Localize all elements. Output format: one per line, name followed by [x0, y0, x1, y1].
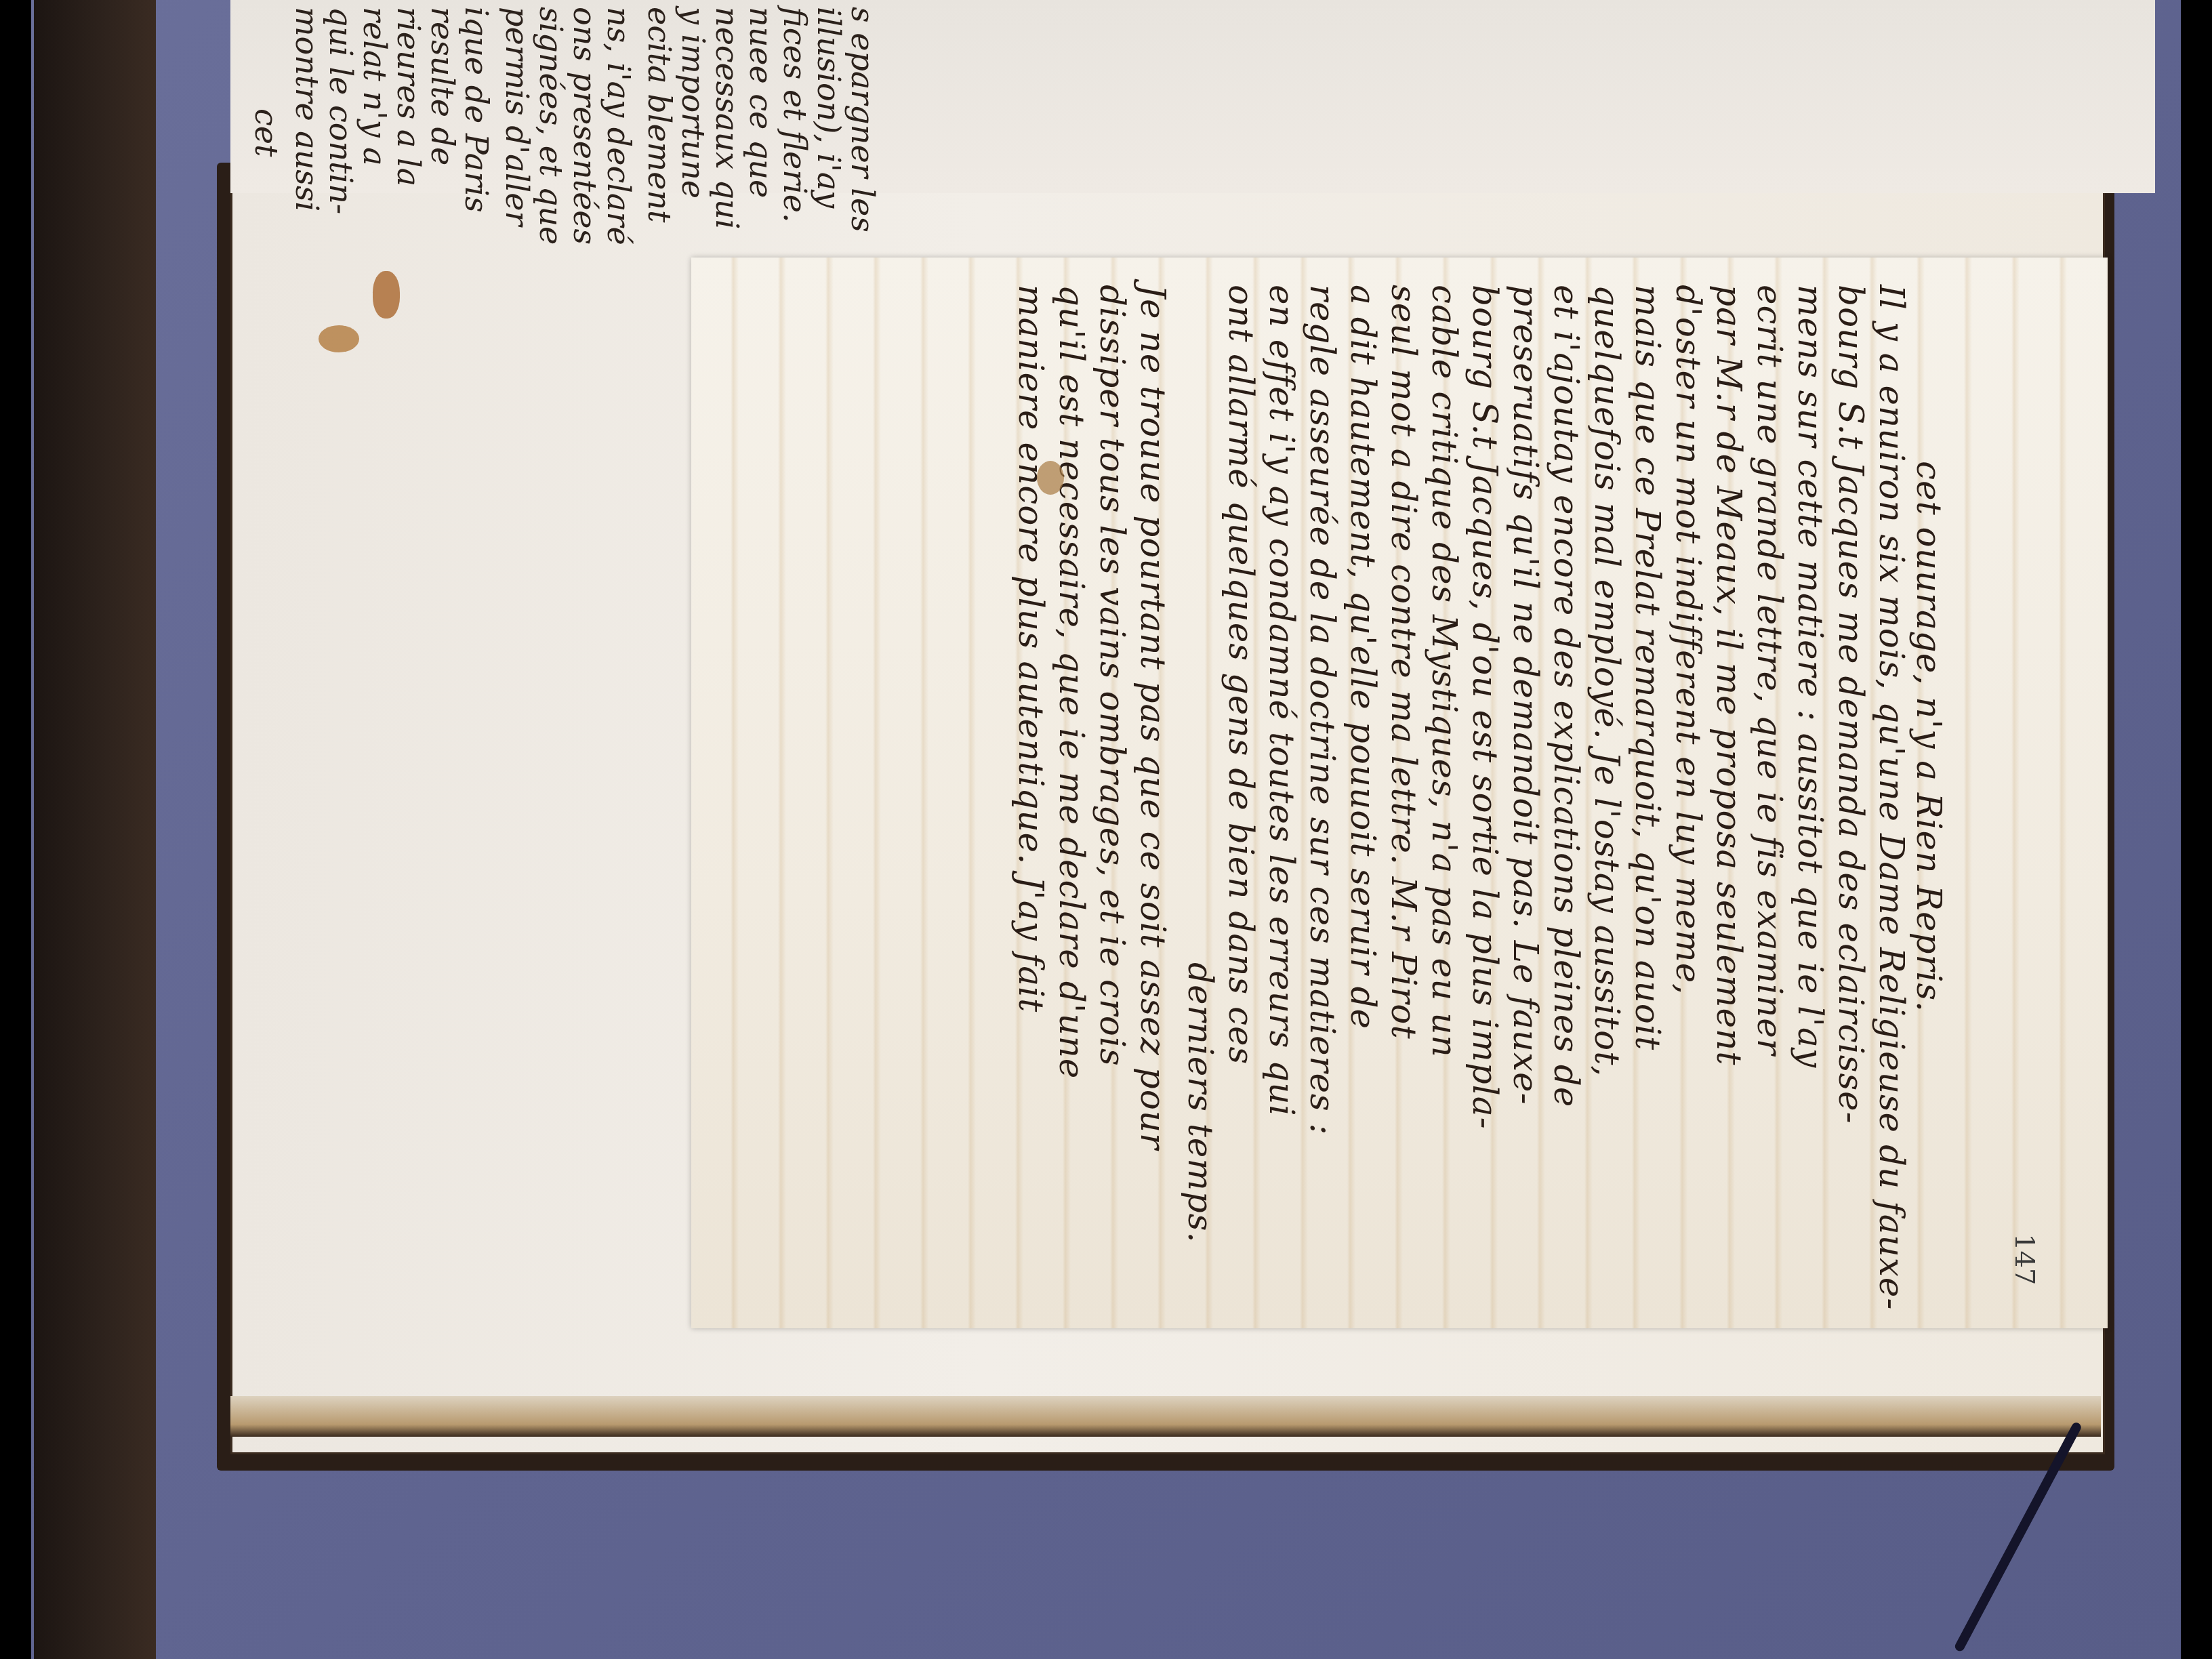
fragment-line: y importune: [675, 7, 712, 199]
manuscript-line: bourg S.t Jacques, d'ou est sortie la pl…: [1465, 285, 1504, 1130]
manuscript-line: dissiper tous les vains ombrages, et ie …: [1092, 285, 1132, 1067]
fragment-line: signées, et que: [533, 7, 569, 245]
fragment-line: s epargner les: [844, 7, 881, 232]
manuscript-line: regle asseurée de la doctrine sur ces ma…: [1303, 285, 1342, 1135]
manuscript-line: a dit hautement, qu'elle pouuoit seruir …: [1343, 285, 1382, 1029]
manuscript-line: derniers temps.: [1181, 962, 1220, 1243]
foxing-stain: [319, 325, 359, 352]
manuscript-line: preseruatifs qu'il ne demandoit pas. Le …: [1506, 285, 1545, 1105]
fragment-line: necessaux qui: [709, 7, 745, 229]
fragment-line: illusion), i'ay: [811, 7, 847, 208]
manuscript-line: ecrit une grande lettre, que ie fis exam…: [1750, 285, 1789, 1056]
manuscript-line: qu'il est necessaire, que ie me declare …: [1052, 285, 1091, 1079]
manuscript-line: Il y a enuiron six mois, qu'une Dame Rel…: [1872, 285, 1911, 1310]
manuscript-page: cet ouurage, n'y a Rien Repris. Il y a e…: [691, 258, 2108, 1328]
folio-number: 147: [2009, 1233, 2040, 1285]
manuscript-line: cet ouurage, n'y a Rien Repris.: [1909, 461, 1948, 1012]
left-black-bar: [0, 0, 31, 1659]
fragment-line: permis d'aller: [499, 7, 535, 226]
fragment-line: ique de Paris: [458, 7, 495, 213]
manuscript-line: seul mot a dire contre ma lettre. M.r Pi…: [1384, 285, 1423, 1039]
fragment-line: qui le contin-: [323, 7, 359, 214]
manuscript-line: d'oster un mot indifferent en luy meme,: [1668, 285, 1708, 995]
manuscript-line: bourg S.t Jacques me demanda des eclairc…: [1831, 285, 1870, 1124]
manuscript-line: mens sur cette matiere : aussitot que ie…: [1790, 285, 1830, 1068]
fragment-line: ns, i'ay declaré: [600, 7, 637, 245]
manuscript-line: mais que ce Prelat remarquoit, qu'on auo…: [1628, 285, 1667, 1050]
leaf-damaged-edge: [230, 1396, 2101, 1437]
fragment-line: resulte de: [424, 7, 461, 165]
manuscript-line: cable critique des Mystiques, n'a pas eu…: [1425, 285, 1464, 1058]
fragment-line: fices et flerie.: [777, 7, 813, 223]
ink-blot: [1037, 461, 1064, 495]
fragment-line: rieures a la: [390, 7, 427, 186]
manuscript-line: maniere encore plus autentique. J'ay fai…: [1011, 285, 1050, 1012]
foxing-stain: [373, 271, 400, 319]
manuscript-line: en effet i'y ay condamné toutes les erre…: [1262, 285, 1301, 1117]
fragment-line: montre aussi: [289, 7, 325, 211]
manuscript-line: et i'ajoutay encore des explications ple…: [1547, 285, 1586, 1107]
right-black-bar: [2181, 0, 2212, 1659]
manuscript-line: Je ne trouue pourtant pas que ce soit as…: [1133, 285, 1172, 1150]
manuscript-line: quelquefois mal employé. Je l'ostay auss…: [1587, 285, 1626, 1077]
book-cover-left: [34, 0, 156, 1659]
fragment-line: relat n'y a: [356, 7, 393, 166]
top-page-fragment: les Doctrines des ent les Docteurs s epa…: [230, 0, 2155, 193]
fragment-line: nuee ce que: [743, 7, 779, 198]
fragment-line: ons presentées: [567, 7, 603, 245]
fragment-line: cet: [248, 108, 285, 157]
fragment-line: ecita blement: [641, 7, 678, 223]
manuscript-line: ont allarmé quelques gens de bien dans c…: [1221, 285, 1261, 1065]
manuscript-line: par M.r de Meaux, il me proposa seulemen…: [1709, 285, 1748, 1065]
